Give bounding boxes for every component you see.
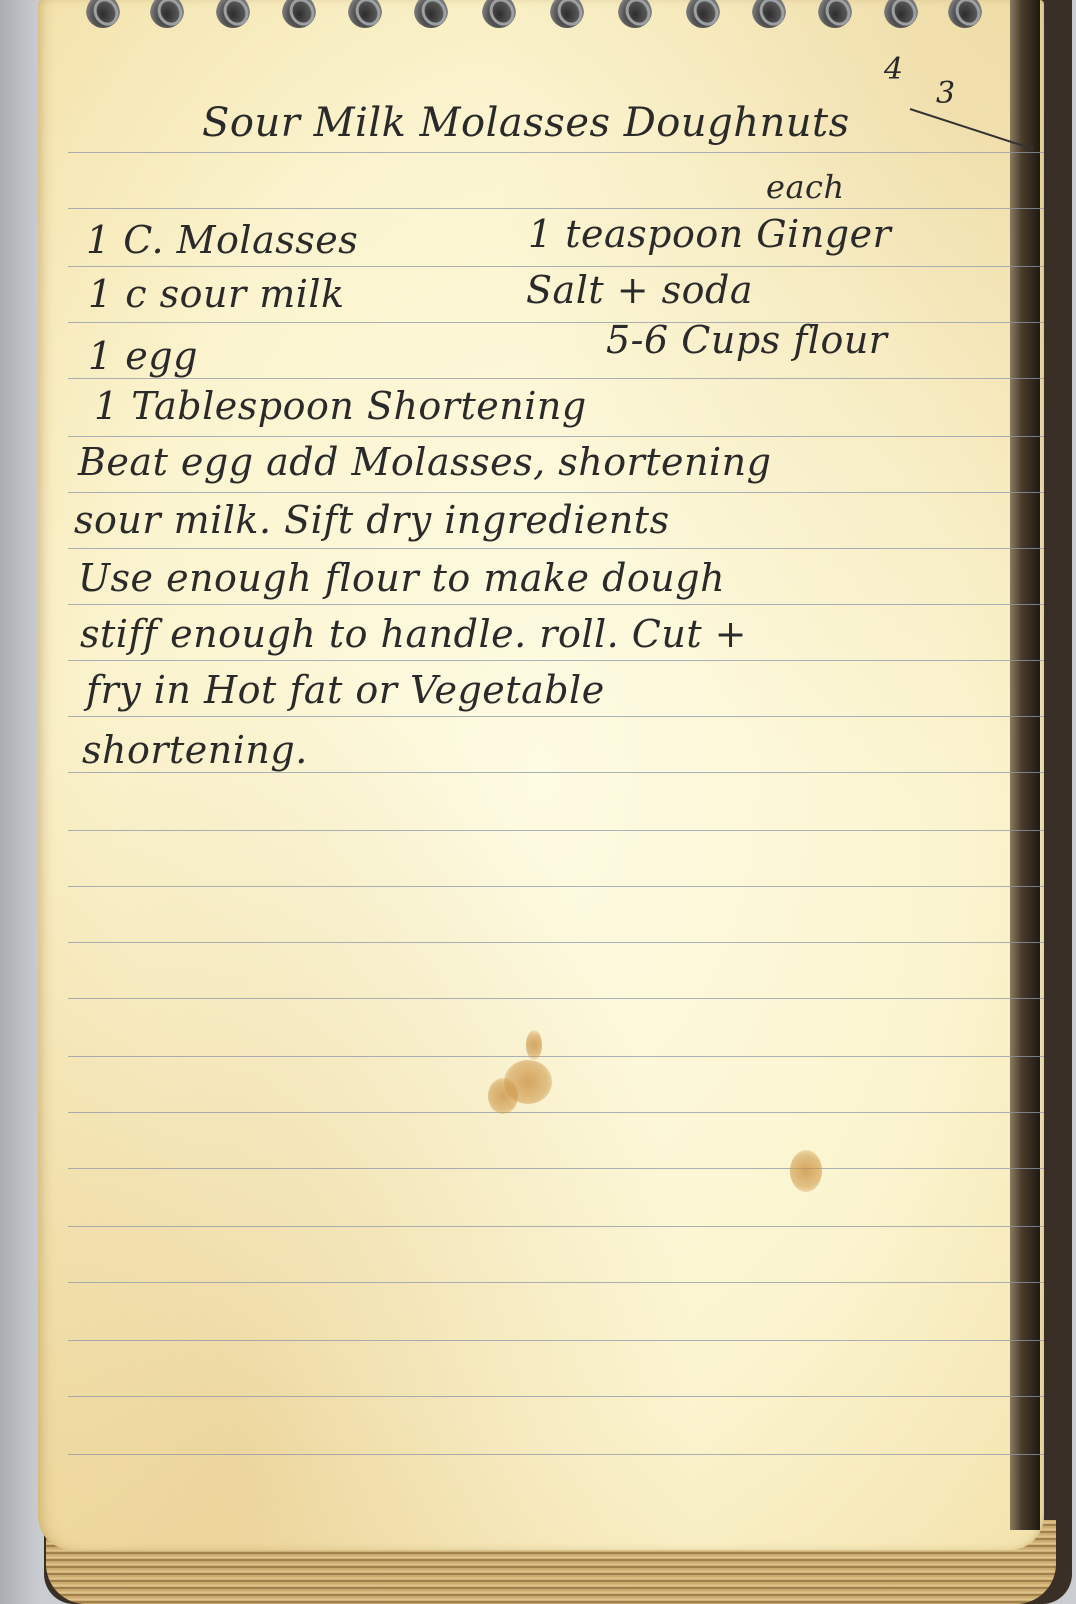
ruled-line [68, 1112, 1044, 1113]
spiral-coil [550, 0, 584, 28]
stain-spot [526, 1030, 542, 1060]
recipe-title: Sour Milk Molasses Doughnuts [202, 100, 850, 146]
spiral-coil [948, 0, 982, 28]
ruled-line [68, 492, 1044, 493]
page-number-struck: 4 [884, 52, 904, 87]
ruled-line [68, 772, 1044, 773]
ruled-line [68, 1340, 1044, 1341]
ruled-line [68, 660, 1044, 661]
instruction-line-4: stiff enough to handle. roll. Cut + [80, 612, 747, 656]
spiral-coil [752, 0, 786, 28]
ruled-line [68, 266, 1044, 267]
ingredient-note-each: each [766, 168, 845, 206]
ruled-line [68, 830, 1044, 831]
ruled-line [68, 1396, 1044, 1397]
ruled-line [68, 378, 1044, 379]
ingredient-right-1: 1 teaspoon Ginger [528, 212, 891, 256]
ruled-line [68, 716, 1044, 717]
ruled-line [68, 1226, 1044, 1227]
spiral-coil [150, 0, 184, 28]
ruled-line [68, 998, 1044, 999]
stain-spot [488, 1078, 518, 1114]
spiral-coil [818, 0, 852, 28]
spiral-coil [282, 0, 316, 28]
ruled-line [68, 322, 1044, 323]
spiral-coil [348, 0, 382, 28]
notebook-page: 4 3 Sour Milk Molasses Doughnuts each 1 … [38, 0, 1044, 1550]
ruled-line [68, 1056, 1044, 1057]
stain-spot [790, 1150, 822, 1192]
ingredient-left-3: 1 egg [88, 334, 198, 378]
ruled-line [68, 208, 1044, 209]
ruled-line [68, 1282, 1044, 1283]
instruction-line-6: shortening. [82, 728, 308, 772]
spiral-coil [86, 0, 120, 28]
ingredient-right-2: Salt + soda [526, 268, 753, 312]
ruled-line [68, 604, 1044, 605]
ingredient-left-4: 1 Tablespoon Shortening [94, 384, 587, 428]
ingredient-left-1: 1 C. Molasses [86, 218, 358, 262]
instruction-line-3: Use enough flour to make dough [78, 556, 725, 600]
spiral-coil [216, 0, 250, 28]
spiral-coil [686, 0, 720, 28]
ruled-line [68, 548, 1044, 549]
ruled-line [68, 152, 1044, 153]
spiral-binding [0, 0, 1076, 40]
ingredient-left-2: 1 c sour milk [88, 272, 345, 316]
ruled-line [68, 942, 1044, 943]
ruled-line [68, 1454, 1044, 1455]
instruction-line-5: fry in Hot fat or Vegetable [86, 668, 605, 712]
spiral-coil [414, 0, 448, 28]
ingredient-right-3: 5-6 Cups flour [606, 318, 887, 362]
page-number: 3 [936, 76, 956, 111]
spiral-coil [618, 0, 652, 28]
instruction-line-2: sour milk. Sift dry ingredients [74, 498, 670, 542]
instruction-line-1: Beat egg add Molasses, shortening [78, 440, 771, 484]
spiral-coil [482, 0, 516, 28]
ruled-line [68, 436, 1044, 437]
ruled-line [68, 886, 1044, 887]
spiral-coil [884, 0, 918, 28]
binding-edge [1010, 0, 1040, 1530]
ruled-line [68, 1168, 1044, 1169]
